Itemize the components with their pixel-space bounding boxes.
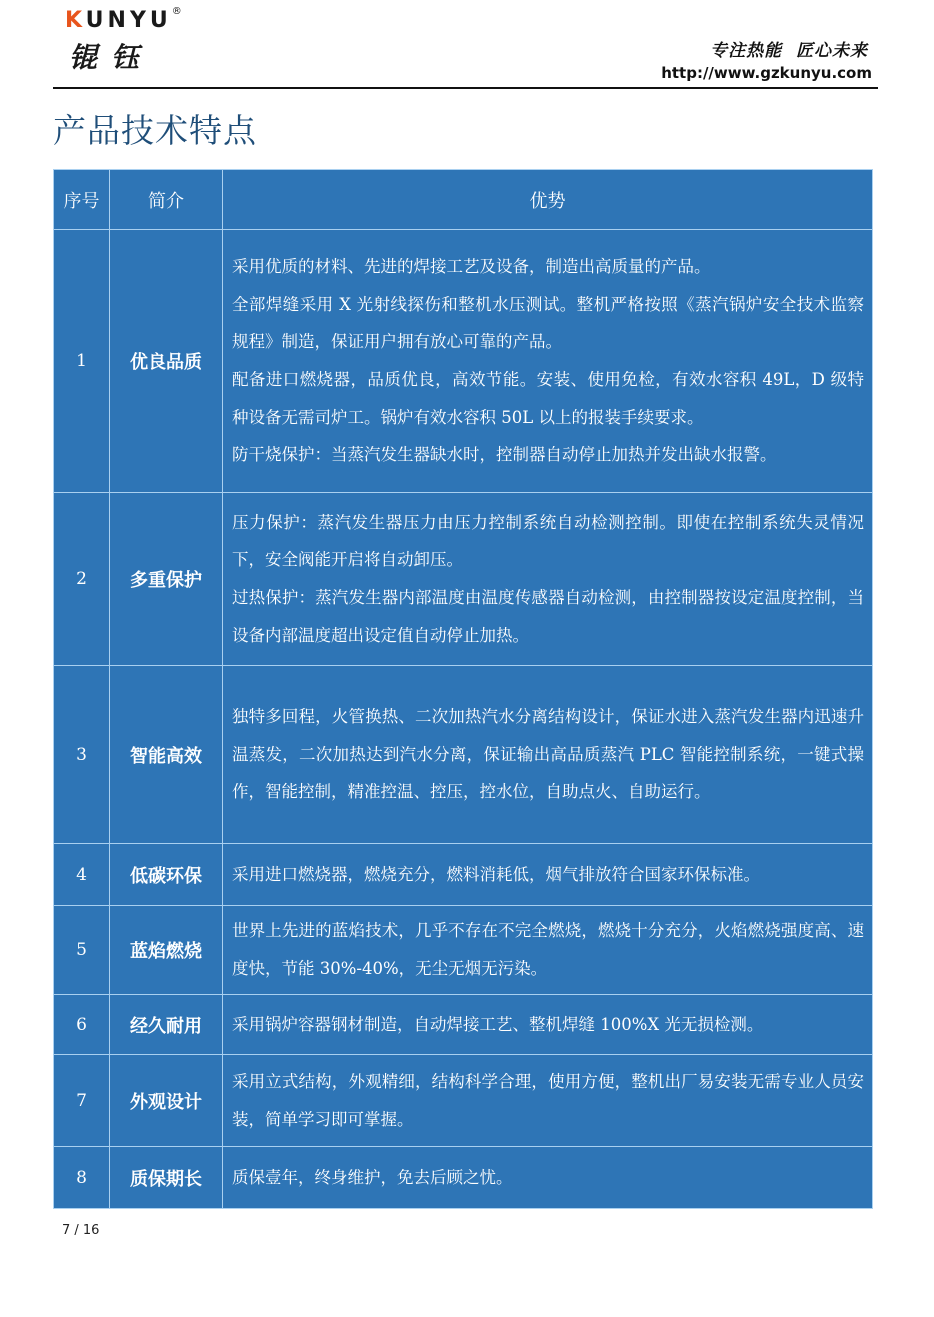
table-row: 8 质保期长 质保壹年，终身维护，免去后顾之忧。 [54, 1147, 873, 1209]
advantage-text: 防干烧保护：当蒸汽发生器缺水时，控制器自动停止加热并发出缺水报警。 [232, 436, 864, 474]
column-header-no: 序号 [54, 170, 110, 230]
row-name: 外观设计 [110, 1055, 223, 1147]
page-title: 产品技术特点 [53, 105, 257, 152]
advantage-text: 独特多回程，火管换热、二次加热汽水分离结构设计，保证水进入蒸汽发生器内迅速升温蒸… [232, 698, 864, 811]
row-name: 智能高效 [110, 666, 223, 844]
row-number: 6 [54, 995, 110, 1055]
advantage-text: 采用优质的材料、先进的焊接工艺及设备，制造出高质量的产品。 [232, 248, 864, 286]
column-header-advantages: 优势 [223, 170, 873, 230]
advantage-text: 采用进口燃烧器，燃烧充分，燃料消耗低，烟气排放符合国家环保标准。 [232, 856, 864, 894]
row-number: 5 [54, 906, 110, 995]
website-url: http://www.gzkunyu.com [661, 64, 872, 82]
page-indicator: 7 / 16 [62, 1223, 99, 1238]
row-advantages: 采用优质的材料、先进的焊接工艺及设备，制造出高质量的产品。 全部焊缝采用 X 光… [223, 230, 873, 493]
logo-text: UNYU [86, 8, 172, 33]
features-table: 序号 简介 优势 1 优良品质 采用优质的材料、先进的焊接工艺及设备，制造出高质… [53, 169, 873, 1209]
row-name: 蓝焰燃烧 [110, 906, 223, 995]
column-header-name: 简介 [110, 170, 223, 230]
row-number: 4 [54, 844, 110, 906]
advantage-text: 质保壹年，终身维护，免去后顾之忧。 [232, 1159, 864, 1197]
row-advantages: 独特多回程，火管换热、二次加热汽水分离结构设计，保证水进入蒸汽发生器内迅速升温蒸… [223, 666, 873, 844]
row-name: 低碳环保 [110, 844, 223, 906]
row-advantages: 世界上先进的蓝焰技术，几乎不存在不完全燃烧，燃烧十分充分，火焰燃烧强度高、速度快… [223, 906, 873, 995]
table-row: 4 低碳环保 采用进口燃烧器，燃烧充分，燃料消耗低，烟气排放符合国家环保标准。 [54, 844, 873, 906]
row-number: 3 [54, 666, 110, 844]
table-header-row: 序号 简介 优势 [54, 170, 873, 230]
advantage-text: 配备进口燃烧器，品质优良，高效节能。安装、使用免检，有效水容积 49L，D 级特… [232, 361, 864, 436]
row-number: 2 [54, 493, 110, 666]
page-header: KUNYU® 锟钰 专注热能 匠心未来 http://www.gzkunyu.c… [53, 0, 878, 90]
logo-chinese: 锟钰 [69, 36, 153, 76]
row-advantages: 采用进口燃烧器，燃烧充分，燃料消耗低，烟气排放符合国家环保标准。 [223, 844, 873, 906]
table-row: 7 外观设计 采用立式结构，外观精细，结构科学合理，使用方便，整机出厂易安装无需… [54, 1055, 873, 1147]
logo-kunyu: KUNYU® [65, 8, 182, 33]
registered-mark: ® [172, 6, 182, 17]
logo-k-mark: K [65, 8, 86, 33]
row-advantages: 采用锅炉容器钢材制造，自动焊接工艺、整机焊缝 100%X 光无损检测。 [223, 995, 873, 1055]
row-advantages: 压力保护：蒸汽发生器压力由压力控制系统自动检测控制。即使在控制系统失灵情况下，安… [223, 493, 873, 666]
advantage-text: 全部焊缝采用 X 光射线探伤和整机水压测试。整机严格按照《蒸汽锅炉安全技术监察规… [232, 286, 864, 361]
table-row: 6 经久耐用 采用锅炉容器钢材制造，自动焊接工艺、整机焊缝 100%X 光无损检… [54, 995, 873, 1055]
advantage-text: 世界上先进的蓝焰技术，几乎不存在不完全燃烧，燃烧十分充分，火焰燃烧强度高、速度快… [232, 912, 864, 987]
row-advantages: 质保壹年，终身维护，免去后顾之忧。 [223, 1147, 873, 1209]
slogan: 专注热能 匠心未来 [710, 36, 868, 61]
table-row: 3 智能高效 独特多回程，火管换热、二次加热汽水分离结构设计，保证水进入蒸汽发生… [54, 666, 873, 844]
table-row: 2 多重保护 压力保护：蒸汽发生器压力由压力控制系统自动检测控制。即使在控制系统… [54, 493, 873, 666]
advantage-text: 采用立式结构，外观精细，结构科学合理，使用方便，整机出厂易安装无需专业人员安装，… [232, 1063, 864, 1138]
row-number: 7 [54, 1055, 110, 1147]
row-advantages: 采用立式结构，外观精细，结构科学合理，使用方便，整机出厂易安装无需专业人员安装，… [223, 1055, 873, 1147]
row-name: 质保期长 [110, 1147, 223, 1209]
row-name: 优良品质 [110, 230, 223, 493]
row-number: 1 [54, 230, 110, 493]
advantage-text: 过热保护：蒸汽发生器内部温度由温度传感器自动检测，由控制器按设定温度控制，当设备… [232, 579, 864, 654]
table-row: 1 优良品质 采用优质的材料、先进的焊接工艺及设备，制造出高质量的产品。 全部焊… [54, 230, 873, 493]
row-name: 多重保护 [110, 493, 223, 666]
row-name: 经久耐用 [110, 995, 223, 1055]
table-row: 5 蓝焰燃烧 世界上先进的蓝焰技术，几乎不存在不完全燃烧，燃烧十分充分，火焰燃烧… [54, 906, 873, 995]
row-number: 8 [54, 1147, 110, 1209]
advantage-text: 压力保护：蒸汽发生器压力由压力控制系统自动检测控制。即使在控制系统失灵情况下，安… [232, 504, 864, 579]
header-divider [53, 87, 878, 89]
advantage-text: 采用锅炉容器钢材制造，自动焊接工艺、整机焊缝 100%X 光无损检测。 [232, 1006, 864, 1044]
